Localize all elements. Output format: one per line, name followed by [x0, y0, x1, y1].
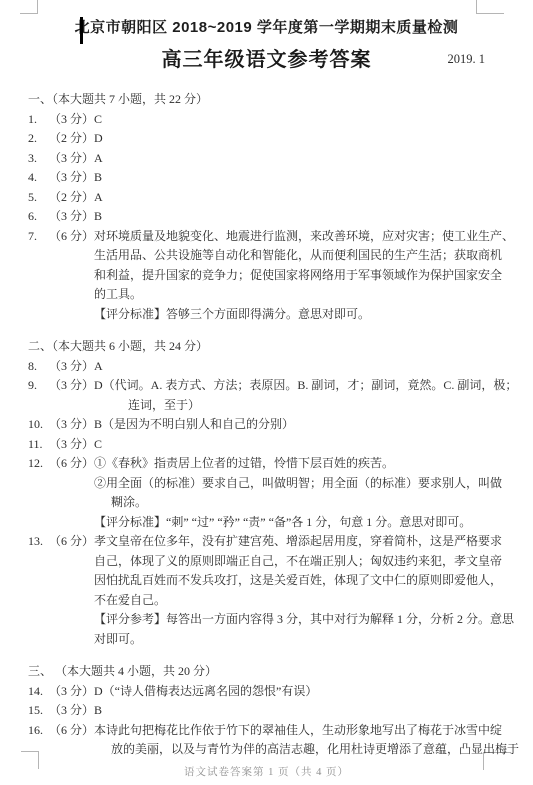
answer-line: 不在爱自己。 — [94, 591, 506, 611]
answer-line: 孝文皇帝在位多年，没有扩建宫苑、增添起居用度，穿着简朴，这是严格要求 — [94, 532, 506, 552]
answer-line: B — [94, 168, 506, 188]
question-number: 3. — [28, 149, 49, 169]
answer-body: 对环境质量及地貌变化、地震进行监测，来改善环境，应对灾害；使工业生产、生活用品、… — [94, 227, 506, 325]
answer-line: 的工具。 — [94, 285, 506, 305]
answer-item-9: 9.（3 分）D（代词。A. 表方式、方法；表原因。B. 副词，才；副词，竟然。… — [28, 376, 506, 415]
answer-body: B — [94, 207, 506, 227]
section-heading: 一、（本大题共 7 小题，共 22 分） — [28, 90, 506, 110]
answer-line: B — [94, 207, 506, 227]
answer-sections: 一、（本大题共 7 小题，共 22 分）1.（3 分）C2.（2 分）D3.（3… — [28, 90, 506, 760]
answer-body: 本诗此句把梅花比作依于竹下的翠袖佳人，生动形象地写出了梅花于冰雪中绽放的美丽，以… — [94, 721, 506, 760]
answer-body: B — [94, 701, 506, 721]
question-number: 13. — [28, 532, 49, 552]
question-number: 15. — [28, 701, 49, 721]
answer-line: ①《春秋》指责居上位者的过错，怜惜下层百姓的疾苦。 — [94, 454, 506, 474]
corner-mark-top-left — [20, 0, 38, 14]
question-number: 7. — [28, 227, 49, 247]
answer-line: 【评分参考】每答出一方面内容得 3 分，其中对行为解释 1 分，分析 2 分。意… — [94, 610, 506, 630]
question-score: （3 分） — [49, 168, 94, 188]
question-score: （6 分） — [49, 532, 94, 552]
answer-body: A — [94, 357, 506, 377]
question-score: （6 分） — [49, 454, 94, 474]
answer-item-2: 2.（2 分）D — [28, 129, 506, 149]
answer-line: 本诗此句把梅花比作依于竹下的翠袖佳人，生动形象地写出了梅花于冰雪中绽 — [94, 721, 506, 741]
answer-line: 【评分标准】答够三个方面即得满分。意思对即可。 — [94, 305, 506, 325]
question-score: （3 分） — [49, 415, 94, 435]
question-score: （2 分） — [49, 129, 94, 149]
document-date: 2019. 1 — [448, 52, 486, 67]
answer-line: A — [94, 149, 506, 169]
question-number: 16. — [28, 721, 49, 741]
answer-item-14: 14.（3 分）D（“诗人借梅表达远离名园的怨恨”有误） — [28, 682, 506, 702]
document-subtitle: 高三年级语文参考答案 — [162, 49, 372, 71]
question-score: （3 分） — [49, 110, 94, 130]
answer-item-8: 8.（3 分）A — [28, 357, 506, 377]
answer-body: A — [94, 149, 506, 169]
answer-body: B — [94, 168, 506, 188]
question-number: 10. — [28, 415, 49, 435]
question-score: （3 分） — [49, 376, 94, 396]
answer-line: C — [94, 435, 506, 455]
answer-line: 自己，体现了义的原则即端正自己，不在端正别人；匈奴违约来犯，孝文皇帝 — [94, 552, 506, 572]
subtitle-row: 高三年级语文参考答案 2019. 1 — [0, 43, 533, 71]
question-number: 11. — [28, 435, 49, 455]
question-number: 1. — [28, 110, 49, 130]
answer-body: B（是因为不明白别人和自己的分别） — [94, 415, 506, 435]
section-1: 一、（本大题共 7 小题，共 22 分）1.（3 分）C2.（2 分）D3.（3… — [28, 90, 506, 324]
answer-body: D（代词。A. 表方式、方法；表原因。B. 副词，才；副词，竟然。C. 副词，极… — [94, 376, 506, 415]
question-score: （3 分） — [49, 207, 94, 227]
answer-line: 对环境质量及地貌变化、地震进行监测，来改善环境，应对灾害；使工业生产、 — [94, 227, 506, 247]
answer-line: A — [94, 357, 506, 377]
question-score: （3 分） — [49, 149, 94, 169]
document-page: 北京市朝阳区 2018~2019 学年度第一学期期末质量检测 高三年级语文参考答… — [0, 0, 533, 785]
answer-item-11: 11.（3 分）C — [28, 435, 506, 455]
section-2: 二、（本大题共 6 小题，共 24 分）8.（3 分）A9.（3 分）D（代词。… — [28, 337, 506, 649]
answer-body: D（“诗人借梅表达远离名园的怨恨”有误） — [94, 682, 506, 702]
question-number: 2. — [28, 129, 49, 149]
question-score: （6 分） — [49, 721, 94, 741]
answer-item-16: 16.（6 分）本诗此句把梅花比作依于竹下的翠袖佳人，生动形象地写出了梅花于冰雪… — [28, 721, 506, 760]
answer-line: 因怕扰乱百姓而不发兵攻打，这是关爱百姓，体现了文中仁的原则即爱他人， — [94, 571, 506, 591]
answer-body: ①《春秋》指责居上位者的过错，怜惜下层百姓的疾苦。②用全面（的标准）要求自己，叫… — [94, 454, 506, 532]
answer-line: D（代词。A. 表方式、方法；表原因。B. 副词，才；副词，竟然。C. 副词，极… — [94, 376, 506, 396]
answer-line: B（是因为不明白别人和自己的分别） — [94, 415, 506, 435]
answer-item-10: 10.（3 分）B（是因为不明白别人和自己的分别） — [28, 415, 506, 435]
question-number: 4. — [28, 168, 49, 188]
answer-line: D（“诗人借梅表达远离名园的怨恨”有误） — [94, 682, 506, 702]
answer-body: C — [94, 435, 506, 455]
answer-item-5: 5.（2 分）A — [28, 188, 506, 208]
answer-line: C — [94, 110, 506, 130]
section-3: 三、 （本大题共 4 小题，共 20 分）14.（3 分）D（“诗人借梅表达远离… — [28, 662, 506, 760]
answer-body: 孝文皇帝在位多年，没有扩建宫苑、增添起居用度，穿着简朴，这是严格要求自己，体现了… — [94, 532, 506, 649]
corner-mark-top-right — [476, 0, 504, 14]
answer-body: C — [94, 110, 506, 130]
question-score: （3 分） — [49, 682, 94, 702]
answer-line: A — [94, 188, 506, 208]
answer-line: 连词，至于） — [94, 396, 506, 416]
question-score: （6 分） — [49, 227, 94, 247]
answer-line: 放的美丽，以及与青竹为伴的高洁志趣，化用杜诗更增添了意蕴，凸显出梅于 — [94, 740, 506, 760]
answer-line: ②用全面（的标准）要求自己，叫做明智；用全面（的标准）要求别人，叫做 — [94, 474, 506, 494]
question-number: 5. — [28, 188, 49, 208]
answer-line: 对即可。 — [94, 630, 506, 650]
answer-line: 和利益，提升国家的竞争力；促使国家将网络用于军事领域作为保护国家安全 — [94, 266, 506, 286]
question-score: （3 分） — [49, 357, 94, 377]
answer-line: 生活用品、公共设施等自动化和智能化，从而便利国民的生产生活；获取商机 — [94, 246, 506, 266]
answer-line: 【评分标准】“刺” “过” “矜” “责” “备”各 1 分，句意 1 分。意思… — [94, 513, 506, 533]
answer-line: D — [94, 129, 506, 149]
question-number: 8. — [28, 357, 49, 377]
page-footer: 语文试卷答案第 1 页（共 4 页） — [0, 764, 533, 779]
answer-item-3: 3.（3 分）A — [28, 149, 506, 169]
question-score: （3 分） — [49, 435, 94, 455]
answer-line: 糊涂。 — [94, 493, 506, 513]
section-heading: 二、（本大题共 6 小题，共 24 分） — [28, 337, 506, 357]
question-number: 6. — [28, 207, 49, 227]
answer-item-13: 13.（6 分）孝文皇帝在位多年，没有扩建宫苑、增添起居用度，穿着简朴，这是严格… — [28, 532, 506, 649]
answer-item-4: 4.（3 分）B — [28, 168, 506, 188]
question-score: （2 分） — [49, 188, 94, 208]
answer-body: D — [94, 129, 506, 149]
question-number: 9. — [28, 376, 49, 396]
answer-line: B — [94, 701, 506, 721]
answer-item-1: 1.（3 分）C — [28, 110, 506, 130]
answer-item-7: 7.（6 分）对环境质量及地貌变化、地震进行监测，来改善环境，应对灾害；使工业生… — [28, 227, 506, 325]
answer-item-15: 15.（3 分）B — [28, 701, 506, 721]
answer-item-12: 12.（6 分）①《春秋》指责居上位者的过错，怜惜下层百姓的疾苦。②用全面（的标… — [28, 454, 506, 532]
section-heading: 三、 （本大题共 4 小题，共 20 分） — [28, 662, 506, 682]
question-score: （3 分） — [49, 701, 94, 721]
text-cursor-mark — [80, 17, 83, 44]
answer-item-6: 6.（3 分）B — [28, 207, 506, 227]
question-number: 12. — [28, 454, 49, 474]
answer-body: A — [94, 188, 506, 208]
question-number: 14. — [28, 682, 49, 702]
